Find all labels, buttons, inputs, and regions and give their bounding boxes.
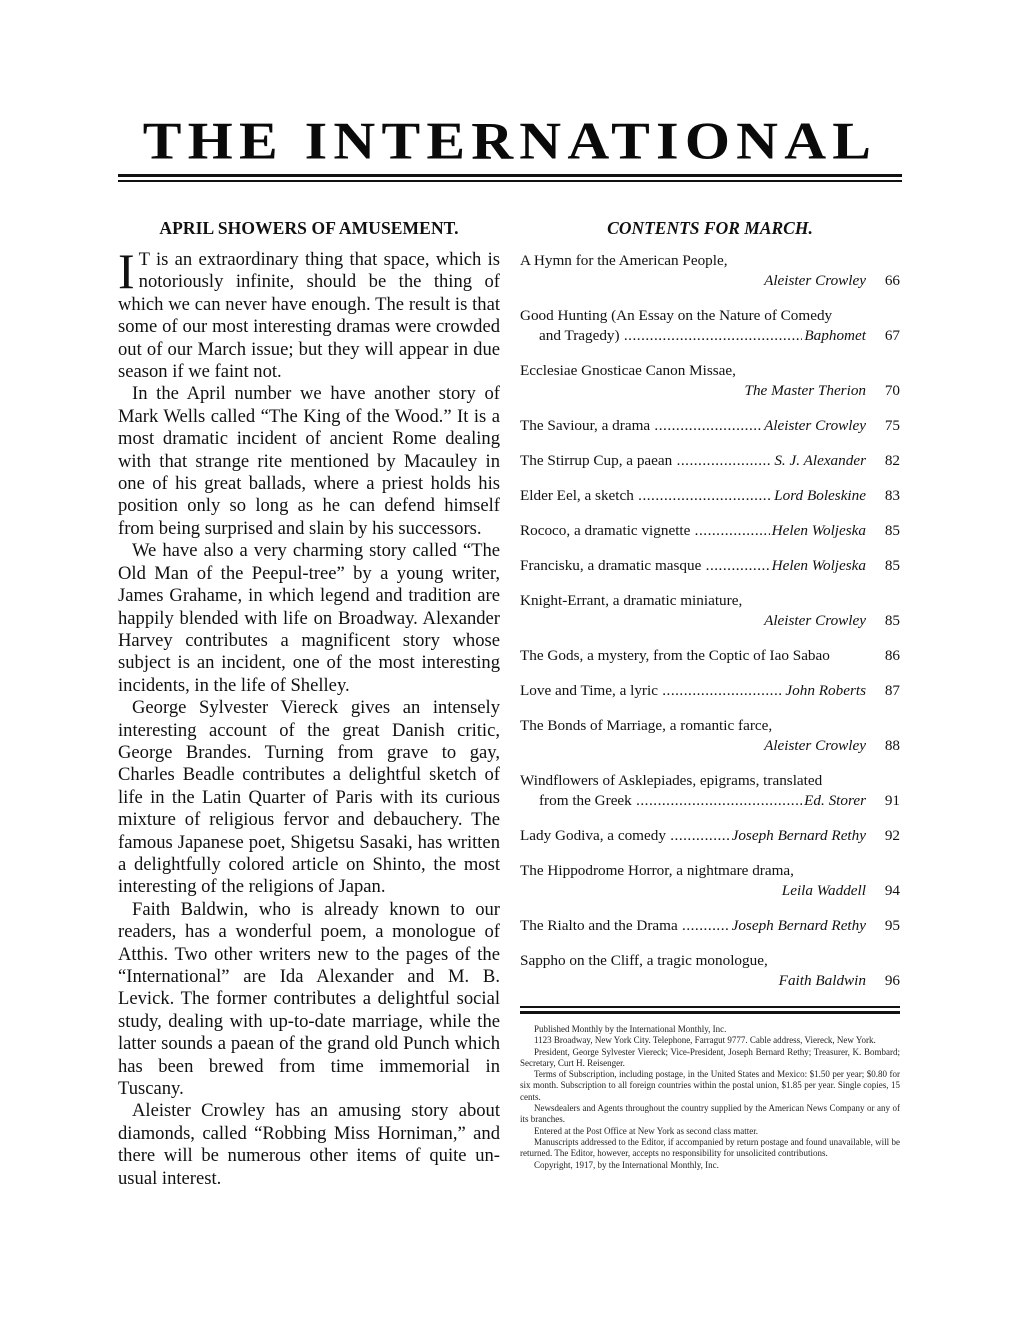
entry-author: Lord Boleskine	[772, 486, 866, 506]
entry-page: 85	[866, 611, 900, 631]
colophon-line: President, George Sylvester Viereck; Vic…	[520, 1047, 900, 1070]
contents-entry: Ecclesiae Gnosticae Canon Missae,The Mas…	[520, 361, 900, 401]
entry-page: 67	[866, 326, 900, 346]
article-paragraph: Faith Baldwin, who is already known to o…	[118, 899, 500, 1101]
entry-author: Aleister Crowley	[762, 271, 866, 291]
drop-cap: I	[118, 251, 135, 291]
entry-author: John Roberts	[783, 681, 866, 701]
contents-title: CONTENTS FOR MARCH.	[520, 218, 900, 239]
contents-rule-top	[520, 1006, 900, 1008]
entry-author: Leila Waddell	[780, 881, 866, 901]
entry-author: Baphomet	[802, 326, 866, 346]
entry-page: 95	[866, 916, 900, 936]
entry-page: 91	[866, 791, 900, 811]
entry-author: Aleister Crowley	[762, 736, 866, 756]
article-paragraph: Aleister Crowley has an amusing story ab…	[118, 1100, 500, 1190]
entry-author: Joseph Bernard Rethy	[730, 916, 866, 936]
entry-title: The Bonds of Marriage, a romantic farce,	[520, 716, 900, 736]
entry-title: Good Hunting (An Essay on the Nature of …	[520, 306, 900, 326]
entry-page: 92	[866, 826, 900, 846]
entry-page: 66	[866, 271, 900, 291]
entry-author: Helen Woljeska	[770, 521, 866, 541]
entry-author: Joseph Bernard Rethy	[730, 826, 866, 846]
entry-author: Aleister Crowley	[762, 611, 866, 631]
entry-title: Sappho on the Cliff, a tragic monologue,	[520, 951, 900, 971]
contents-entry: Rococo, a dramatic vignetteHelen Woljesk…	[520, 521, 900, 541]
entry-page: 87	[866, 681, 900, 701]
entry-title: A Hymn for the American People,	[520, 251, 900, 271]
colophon-line: 1123 Broadway, New York City. Telephone,…	[520, 1035, 900, 1046]
contents-entry: A Hymn for the American People,Aleister …	[520, 251, 900, 291]
entry-author: Ed. Storer	[802, 791, 866, 811]
contents-rule-bottom	[520, 1011, 900, 1014]
article-body: IT is an extraordinary thing that space,…	[118, 249, 500, 1190]
entry-title: Love and Time, a lyric	[520, 681, 783, 701]
entry-author: S. J. Alexander	[772, 451, 866, 471]
entry-title: The Rialto and the Drama	[520, 916, 730, 936]
colophon-line: Published Monthly by the International M…	[520, 1024, 900, 1035]
contents-entry: Knight-Errant, a dramatic miniature,Alei…	[520, 591, 900, 631]
colophon-line: Terms of Subscription, including postage…	[520, 1069, 900, 1103]
entry-page: 82	[866, 451, 900, 471]
entry-title: Rococo, a dramatic vignette	[520, 521, 770, 541]
entry-title: Elder Eel, a sketch	[520, 486, 772, 506]
contents-entry: The Rialto and the DramaJoseph Bernard R…	[520, 916, 900, 936]
entry-title: The Saviour, a drama	[520, 416, 762, 436]
contents-list: A Hymn for the American People,Aleister …	[520, 251, 900, 991]
colophon-line: Entered at the Post Office at New York a…	[520, 1126, 900, 1137]
contents-entry: The Saviour, a dramaAleister Crowley75	[520, 416, 900, 436]
entry-author: The Master Therion	[743, 381, 867, 401]
contents-entry: The Stirrup Cup, a paeanS. J. Alexander8…	[520, 451, 900, 471]
entry-title-continued: from the Greek	[539, 791, 802, 811]
masthead-title: THE INTERNATIONAL	[118, 114, 902, 167]
entry-page: 85	[866, 556, 900, 576]
entry-author: Aleister Crowley	[762, 416, 866, 436]
article-paragraph: George Sylvester Viereck gives an intens…	[118, 697, 500, 899]
colophon-line: Newsdealers and Agents throughout the co…	[520, 1103, 900, 1126]
entry-author: Helen Woljeska	[770, 556, 866, 576]
entry-title: Lady Godiva, a comedy	[520, 826, 730, 846]
contents-entry: Elder Eel, a sketchLord Boleskine83	[520, 486, 900, 506]
entry-title: Ecclesiae Gnosticae Canon Missae,	[520, 361, 900, 381]
entry-title: Windflowers of Asklepiades, epigrams, tr…	[520, 771, 900, 791]
entry-title: Francisku, a dramatic masque	[520, 556, 770, 576]
colophon-line: Copyright, 1917, by the International Mo…	[520, 1160, 900, 1171]
entry-page: 75	[866, 416, 900, 436]
masthead-rule-top	[118, 174, 902, 177]
contents-entry: The Bonds of Marriage, a romantic farce,…	[520, 716, 900, 756]
entry-page: 86	[866, 646, 900, 666]
entry-page: 96	[866, 971, 900, 991]
contents-entry: Francisku, a dramatic masqueHelen Woljes…	[520, 556, 900, 576]
masthead: THE INTERNATIONAL	[118, 112, 902, 170]
entry-title: The Stirrup Cup, a paean	[520, 451, 772, 471]
entry-title: Knight-Errant, a dramatic miniature,	[520, 591, 900, 611]
contents-entry: Good Hunting (An Essay on the Nature of …	[520, 306, 900, 346]
entry-title-continued: and Tragedy)	[539, 326, 802, 346]
article-title: APRIL SHOWERS OF AMUSEMENT.	[118, 218, 500, 239]
contents-entry: Lady Godiva, a comedyJoseph Bernard Reth…	[520, 826, 900, 846]
article-paragraph: IT is an extraordinary thing that space,…	[118, 249, 500, 383]
entry-page: 85	[866, 521, 900, 541]
contents-column: CONTENTS FOR MARCH. A Hymn for the Ameri…	[520, 218, 900, 1171]
entry-title: The Gods, a mystery, from the Coptic of …	[520, 646, 866, 666]
contents-entry: The Gods, a mystery, from the Coptic of …	[520, 646, 900, 666]
article-column: APRIL SHOWERS OF AMUSEMENT. IT is an ext…	[118, 218, 500, 1190]
contents-entry: The Hippodrome Horror, a nightmare drama…	[520, 861, 900, 901]
entry-page: 88	[866, 736, 900, 756]
article-paragraph: We have also a very charming story calle…	[118, 540, 500, 697]
entry-page: 70	[866, 381, 900, 401]
contents-entry: Sappho on the Cliff, a tragic monologue,…	[520, 951, 900, 991]
contents-entry: Love and Time, a lyricJohn Roberts87	[520, 681, 900, 701]
entry-page: 83	[866, 486, 900, 506]
masthead-rule-bottom	[118, 180, 902, 182]
article-paragraph: In the April number we have another stor…	[118, 383, 500, 540]
contents-entry: Windflowers of Asklepiades, epigrams, tr…	[520, 771, 900, 811]
entry-page: 94	[866, 881, 900, 901]
colophon: Published Monthly by the International M…	[520, 1024, 900, 1171]
colophon-line: Manuscripts addressed to the Editor, if …	[520, 1137, 900, 1160]
entry-title: The Hippodrome Horror, a nightmare drama…	[520, 861, 900, 881]
entry-author: Faith Baldwin	[777, 971, 866, 991]
